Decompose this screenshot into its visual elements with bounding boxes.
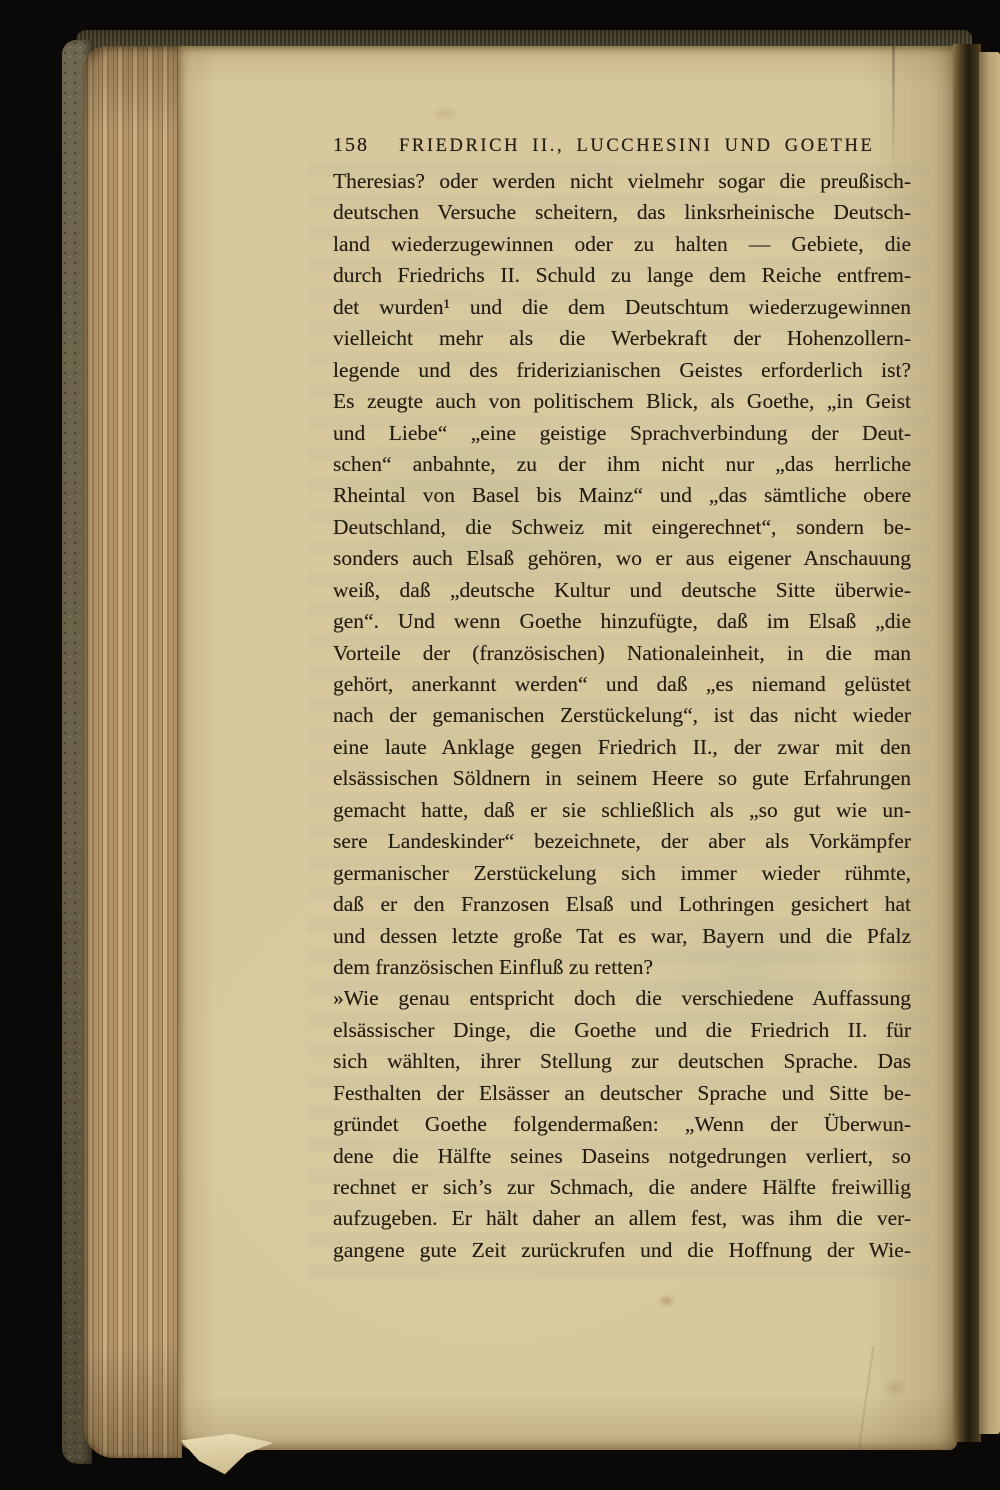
- text-line: daß er den Franzosen Elsaß und Lothringe…: [333, 889, 911, 920]
- text-line: Theresias? oder werden nicht vielmehr so…: [333, 166, 911, 197]
- paper-crease: [856, 1346, 875, 1450]
- text-line: aufzugeben. Er hält daher an allem fest,…: [333, 1203, 911, 1234]
- running-title: FRIEDRICH II., LUCCHESINI UND GOETHE: [399, 136, 874, 156]
- text-line: legende und des friderizianischen Geiste…: [333, 355, 911, 386]
- text-line: germanischer Zerstückelung sich immer wi…: [333, 858, 911, 889]
- page-fore-edges: [84, 46, 182, 1458]
- text-line: Vorteile der (französischen) Nationalein…: [333, 638, 911, 669]
- text-line: durch Friedrichs II. Schuld zu lange dem…: [333, 260, 911, 291]
- book-gutter-shadow: [953, 44, 981, 1442]
- text-line: Rheintal von Basel bis Mainz“ und „das s…: [333, 480, 911, 511]
- text-line: eine laute Anklage gegen Friedrich II., …: [333, 732, 911, 763]
- text-line: und dessen letzte große Tat es war, Baye…: [333, 921, 911, 952]
- text-line: elsässischer Dinge, die Goethe und die F…: [333, 1015, 911, 1046]
- text-line: deutschen Versuche scheitern, das linksr…: [333, 197, 911, 228]
- text-line: und Liebe“ „eine geistige Sprachverbindu…: [333, 418, 911, 449]
- text-line: gründet Goethe folgendermaßen: „Wenn der…: [333, 1109, 911, 1140]
- running-header: 158FRIEDRICH II., LUCCHESINI UND GOETHE: [333, 134, 911, 162]
- text-line: det wurden¹ und die dem Deutschtum wiede…: [333, 292, 911, 323]
- text-line: schen“ anbahnte, zu der ihm nicht nur „d…: [333, 449, 911, 480]
- text-line: weiß, daß „deutsche Kultur und deutsche …: [333, 575, 911, 606]
- text-line: dem französischen Einfluß zu retten?: [333, 952, 911, 983]
- text-line: vielleicht mehr als die Werbekraft der H…: [333, 323, 911, 354]
- text-line: rechnet er sich’s zur Schmach, die ander…: [333, 1172, 911, 1203]
- photo-backdrop: 158FRIEDRICH II., LUCCHESINI UND GOETHE …: [0, 0, 1000, 1490]
- paper-stain: [882, 1378, 908, 1398]
- paper-stain: [658, 1294, 676, 1308]
- page-number: 158: [333, 134, 369, 156]
- body-text: Theresias? oder werden nicht vielmehr so…: [333, 166, 911, 1266]
- text-line: elsässischen Söldnern in seinem Heere so…: [333, 763, 911, 794]
- text-line: gangene gute Zeit zurückrufen und die Ho…: [333, 1235, 911, 1266]
- text-line: Deutschland, die Schweiz mit eingerechne…: [333, 512, 911, 543]
- paper-stain: [430, 106, 460, 122]
- text-line: »Wie genau entspricht doch die verschied…: [333, 983, 911, 1014]
- text-line: sich wählten, ihrer Stellung zur deutsch…: [333, 1046, 911, 1077]
- facing-page-sliver: [979, 52, 1000, 1434]
- text-line: land wiederzugewinnen oder zu halten — G…: [333, 229, 911, 260]
- text-line: dene die Hälfte seines Daseins notgedrun…: [333, 1141, 911, 1172]
- text-line: Festhalten der Elsässer an deutscher Spr…: [333, 1078, 911, 1109]
- text-line: nach der gemanischen Zerstückelung“, ist…: [333, 700, 911, 731]
- text-line: Es zeugte auch von politischem Blick, al…: [333, 386, 911, 417]
- text-line: gehört, anerkannt werden“ und daß „es ni…: [333, 669, 911, 700]
- book-page: 158FRIEDRICH II., LUCCHESINI UND GOETHE …: [178, 46, 957, 1450]
- text-line: gemacht hatte, daß er sie schließlich al…: [333, 795, 911, 826]
- text-line: sonders auch Elsaß gehören, wo er aus ei…: [333, 543, 911, 574]
- text-line: sere Landeskinder“ bezeichnete, der aber…: [333, 826, 911, 857]
- text-line: gen“. Und wenn Goethe hinzufügte, daß im…: [333, 606, 911, 637]
